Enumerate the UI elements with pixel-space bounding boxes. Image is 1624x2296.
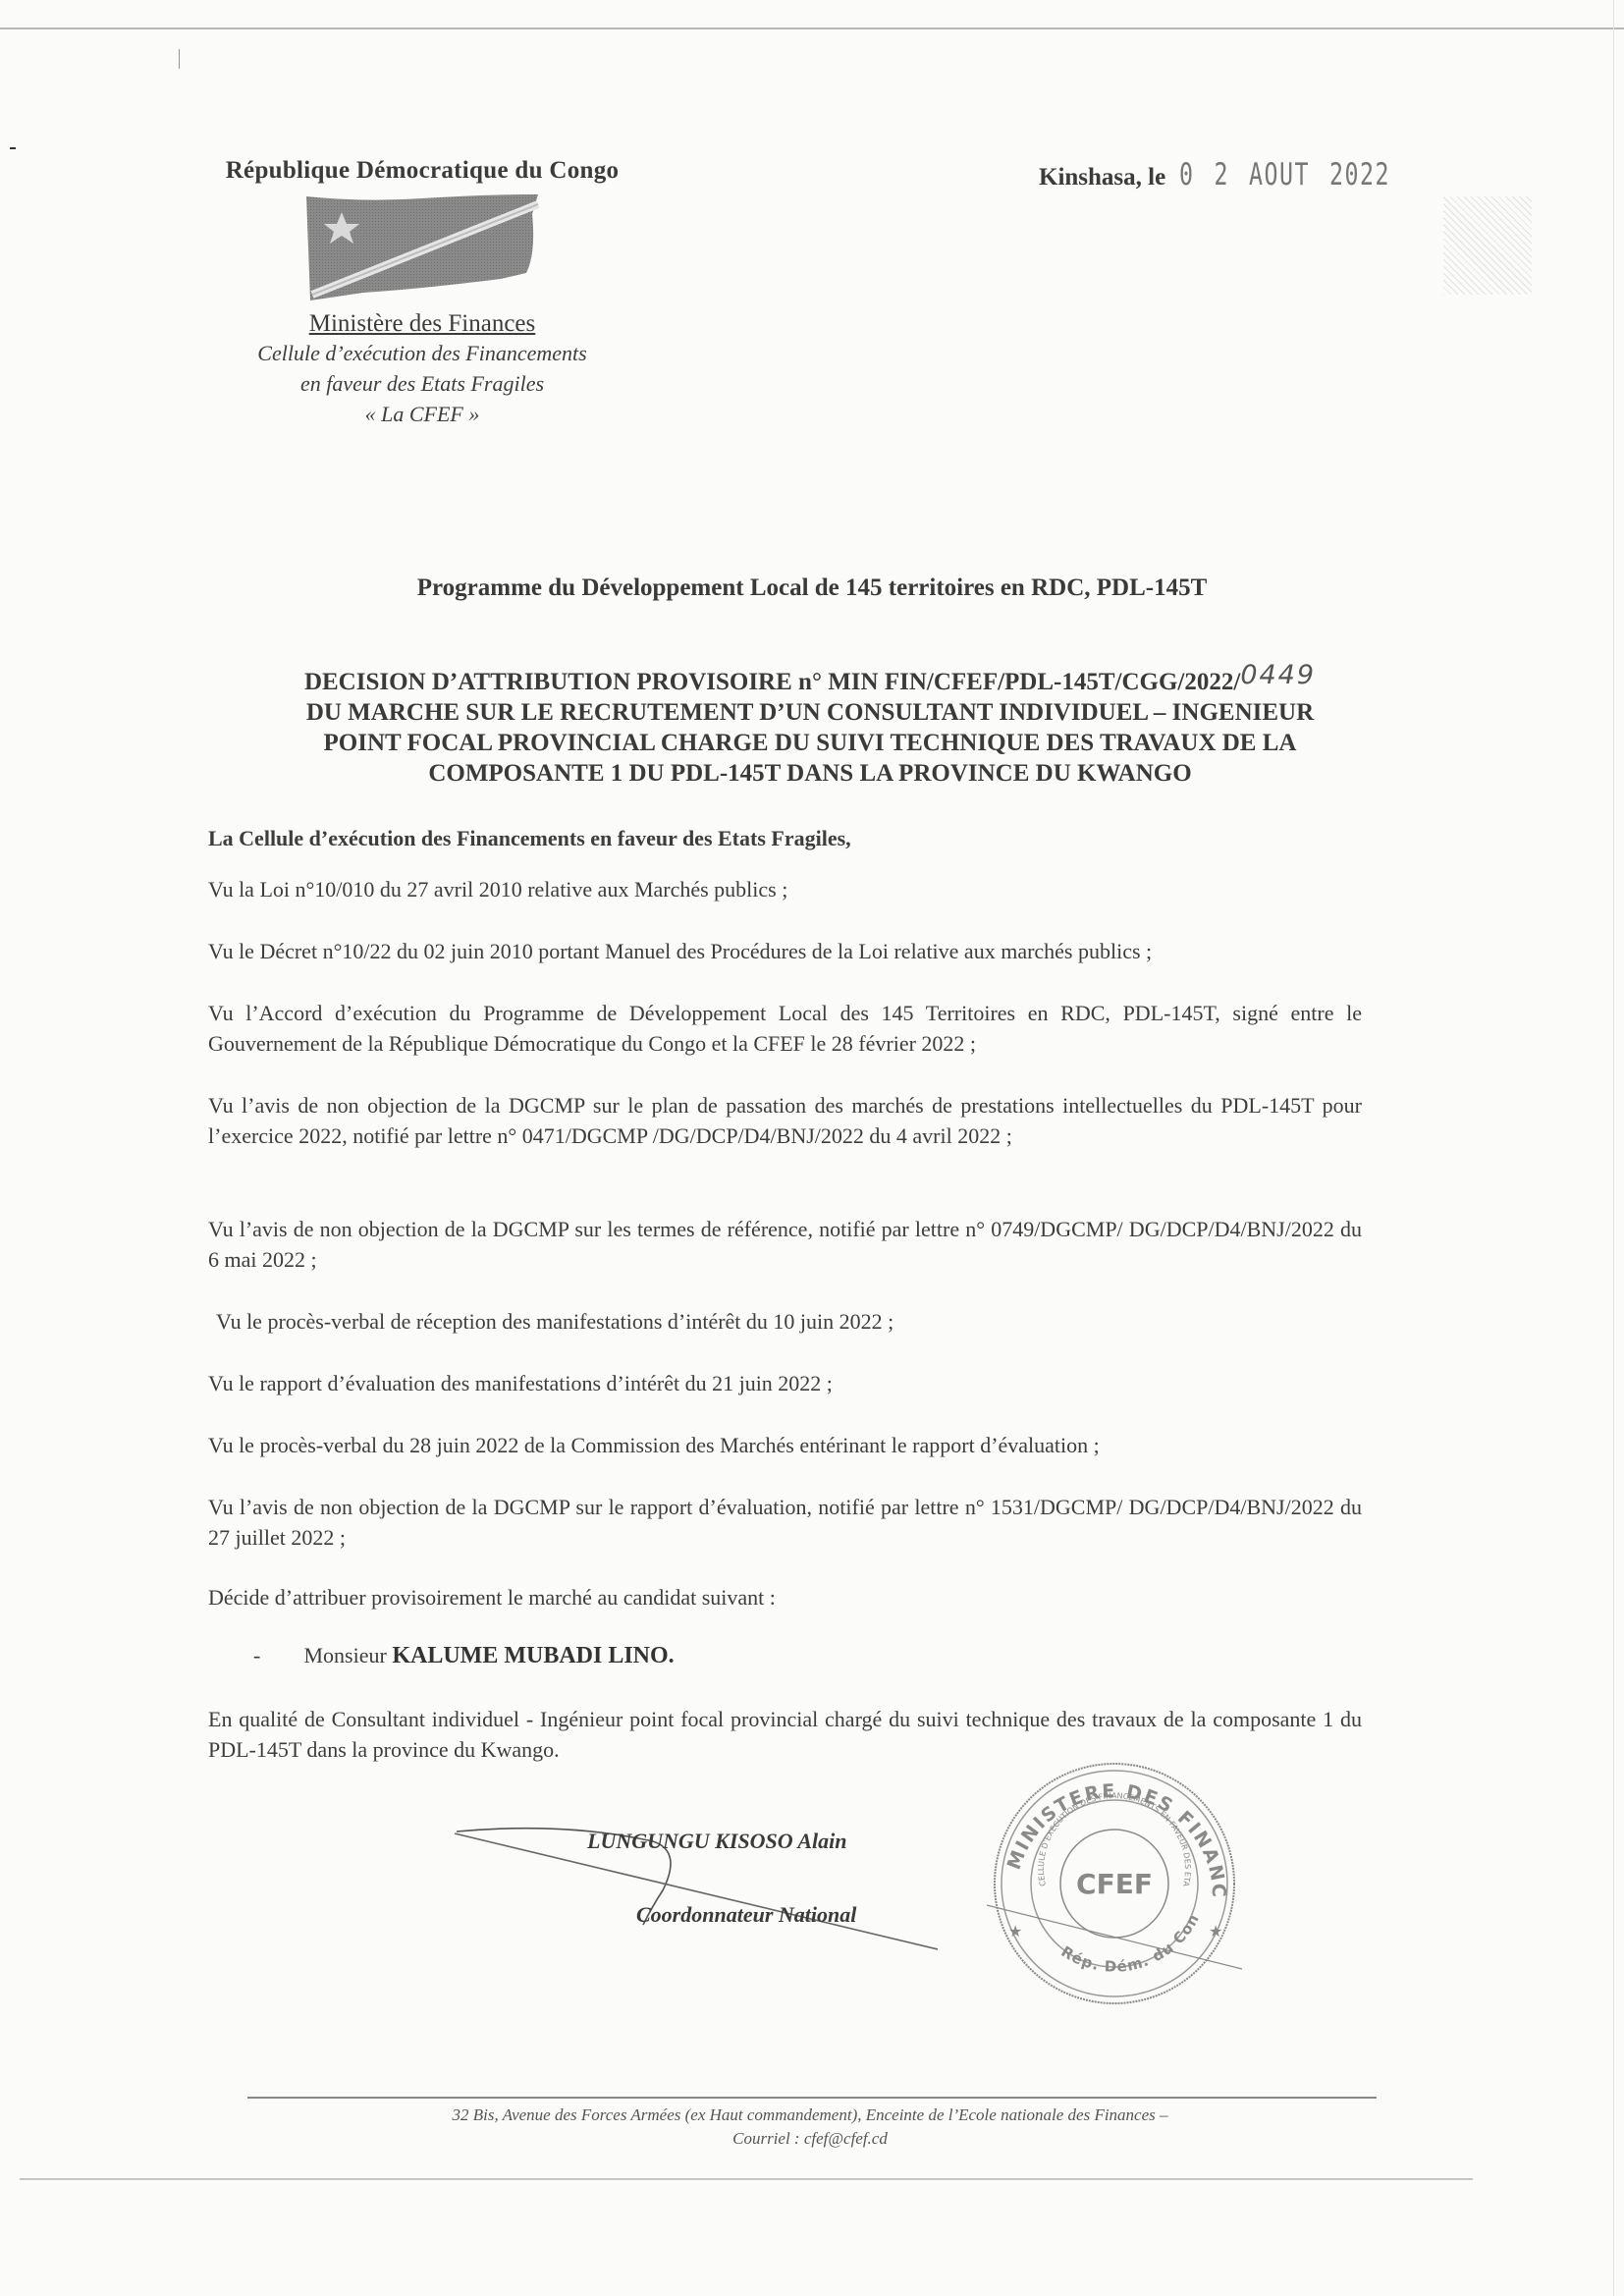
scan-artifact	[179, 49, 180, 69]
cellule-line-2: en faveur des Etats Fragiles	[196, 368, 648, 399]
official-stamp-icon: MINISTERE DES FINANCES CELLULE D’EXECUTI…	[987, 1758, 1242, 2008]
candidate-name: KALUME MUBADI LINO.	[392, 1643, 674, 1668]
consideration: Vu le procès-verbal du 28 juin 2022 de l…	[208, 1430, 1362, 1460]
decision-line-4: COMPOSANTE 1 DU PDL-145T DANS LA PROVINC…	[226, 758, 1394, 789]
scan-border-top	[0, 27, 1624, 29]
decision-statement: Décide d’attribuer provisoirement le mar…	[208, 1582, 1362, 1613]
date-stamp: 0 2 AOUT 2022	[1179, 157, 1390, 192]
scan-smudge	[1443, 196, 1532, 295]
decision-line-3: POINT FOCAL PROVINCIAL CHARGE DU SUIVI T…	[226, 728, 1394, 758]
list-bullet: -	[253, 1643, 298, 1668]
drc-flag-icon	[304, 194, 540, 302]
ministry-name: Ministère des Finances	[196, 310, 648, 338]
candidate: - Monsieur KALUME MUBADI LINO.	[253, 1643, 675, 1669]
handwritten-number: 0449	[1240, 660, 1316, 690]
scan-border-right	[1613, 0, 1614, 2296]
place-label: Kinshasa, le	[1039, 164, 1165, 191]
consideration: Vu l’avis de non objection de la DGCMP s…	[208, 1492, 1362, 1553]
intro-line: La Cellule d’exécution des Financements …	[208, 823, 1362, 853]
candidate-prefix: Monsieur	[304, 1643, 387, 1667]
country-name: République Démocratique du Congo	[196, 157, 648, 185]
consideration: Vu l’avis de non objection de la DGCMP s…	[208, 1214, 1362, 1275]
decision-line-2: DU MARCHE SUR LE RECRUTEMENT D’UN CONSUL…	[226, 697, 1394, 728]
place-date: Kinshasa, le 0 2 AOUT 2022	[1039, 157, 1461, 192]
consideration: Vu l’Accord d’exécution du Programme de …	[208, 998, 1362, 1059]
cellule-short-name: « La CFEF »	[196, 399, 648, 429]
scan-artifact	[10, 147, 16, 149]
capacity-statement: En qualité de Consultant individuel - In…	[208, 1704, 1362, 1765]
footer-line-1: 32 Bis, Avenue des Forces Armées (ex Hau…	[245, 2104, 1375, 2127]
decision-line-1: DECISION D’ATTRIBUTION PROVISOIRE n° MIN…	[226, 666, 1394, 697]
footer-divider	[247, 2097, 1377, 2099]
signatory-title: Coordonnateur National	[636, 1902, 856, 1928]
consideration: Vu le procès-verbal de réception des man…	[216, 1306, 1370, 1337]
footer-address: 32 Bis, Avenue des Forces Armées (ex Hau…	[245, 2104, 1375, 2151]
program-title: Programme du Développement Local de 145 …	[0, 574, 1624, 602]
decision-title: DECISION D’ATTRIBUTION PROVISOIRE n° MIN…	[226, 666, 1394, 789]
svg-text:★: ★	[1209, 1924, 1222, 1941]
svg-text:★: ★	[1008, 1924, 1022, 1941]
stamp-center: CFEF	[1076, 1868, 1153, 1900]
footer-line-2: Courriel : cfef@cfef.cd	[245, 2127, 1375, 2151]
consideration: Vu le rapport d’évaluation des manifesta…	[208, 1368, 1362, 1398]
signatory-name: LUNGUNGU KISOSO Alain	[587, 1829, 846, 1854]
cellule-line-1: Cellule d’exécution des Financements	[196, 338, 648, 368]
scan-border-bottom	[20, 2178, 1473, 2180]
consideration: Vu la Loi n°10/010 du 27 avril 2010 rela…	[208, 874, 1362, 904]
consideration: Vu l’avis de non objection de la DGCMP s…	[208, 1090, 1362, 1151]
letterhead: République Démocratique du Congo Ministè…	[196, 157, 648, 429]
consideration: Vu le Décret n°10/22 du 02 juin 2010 por…	[208, 936, 1362, 966]
